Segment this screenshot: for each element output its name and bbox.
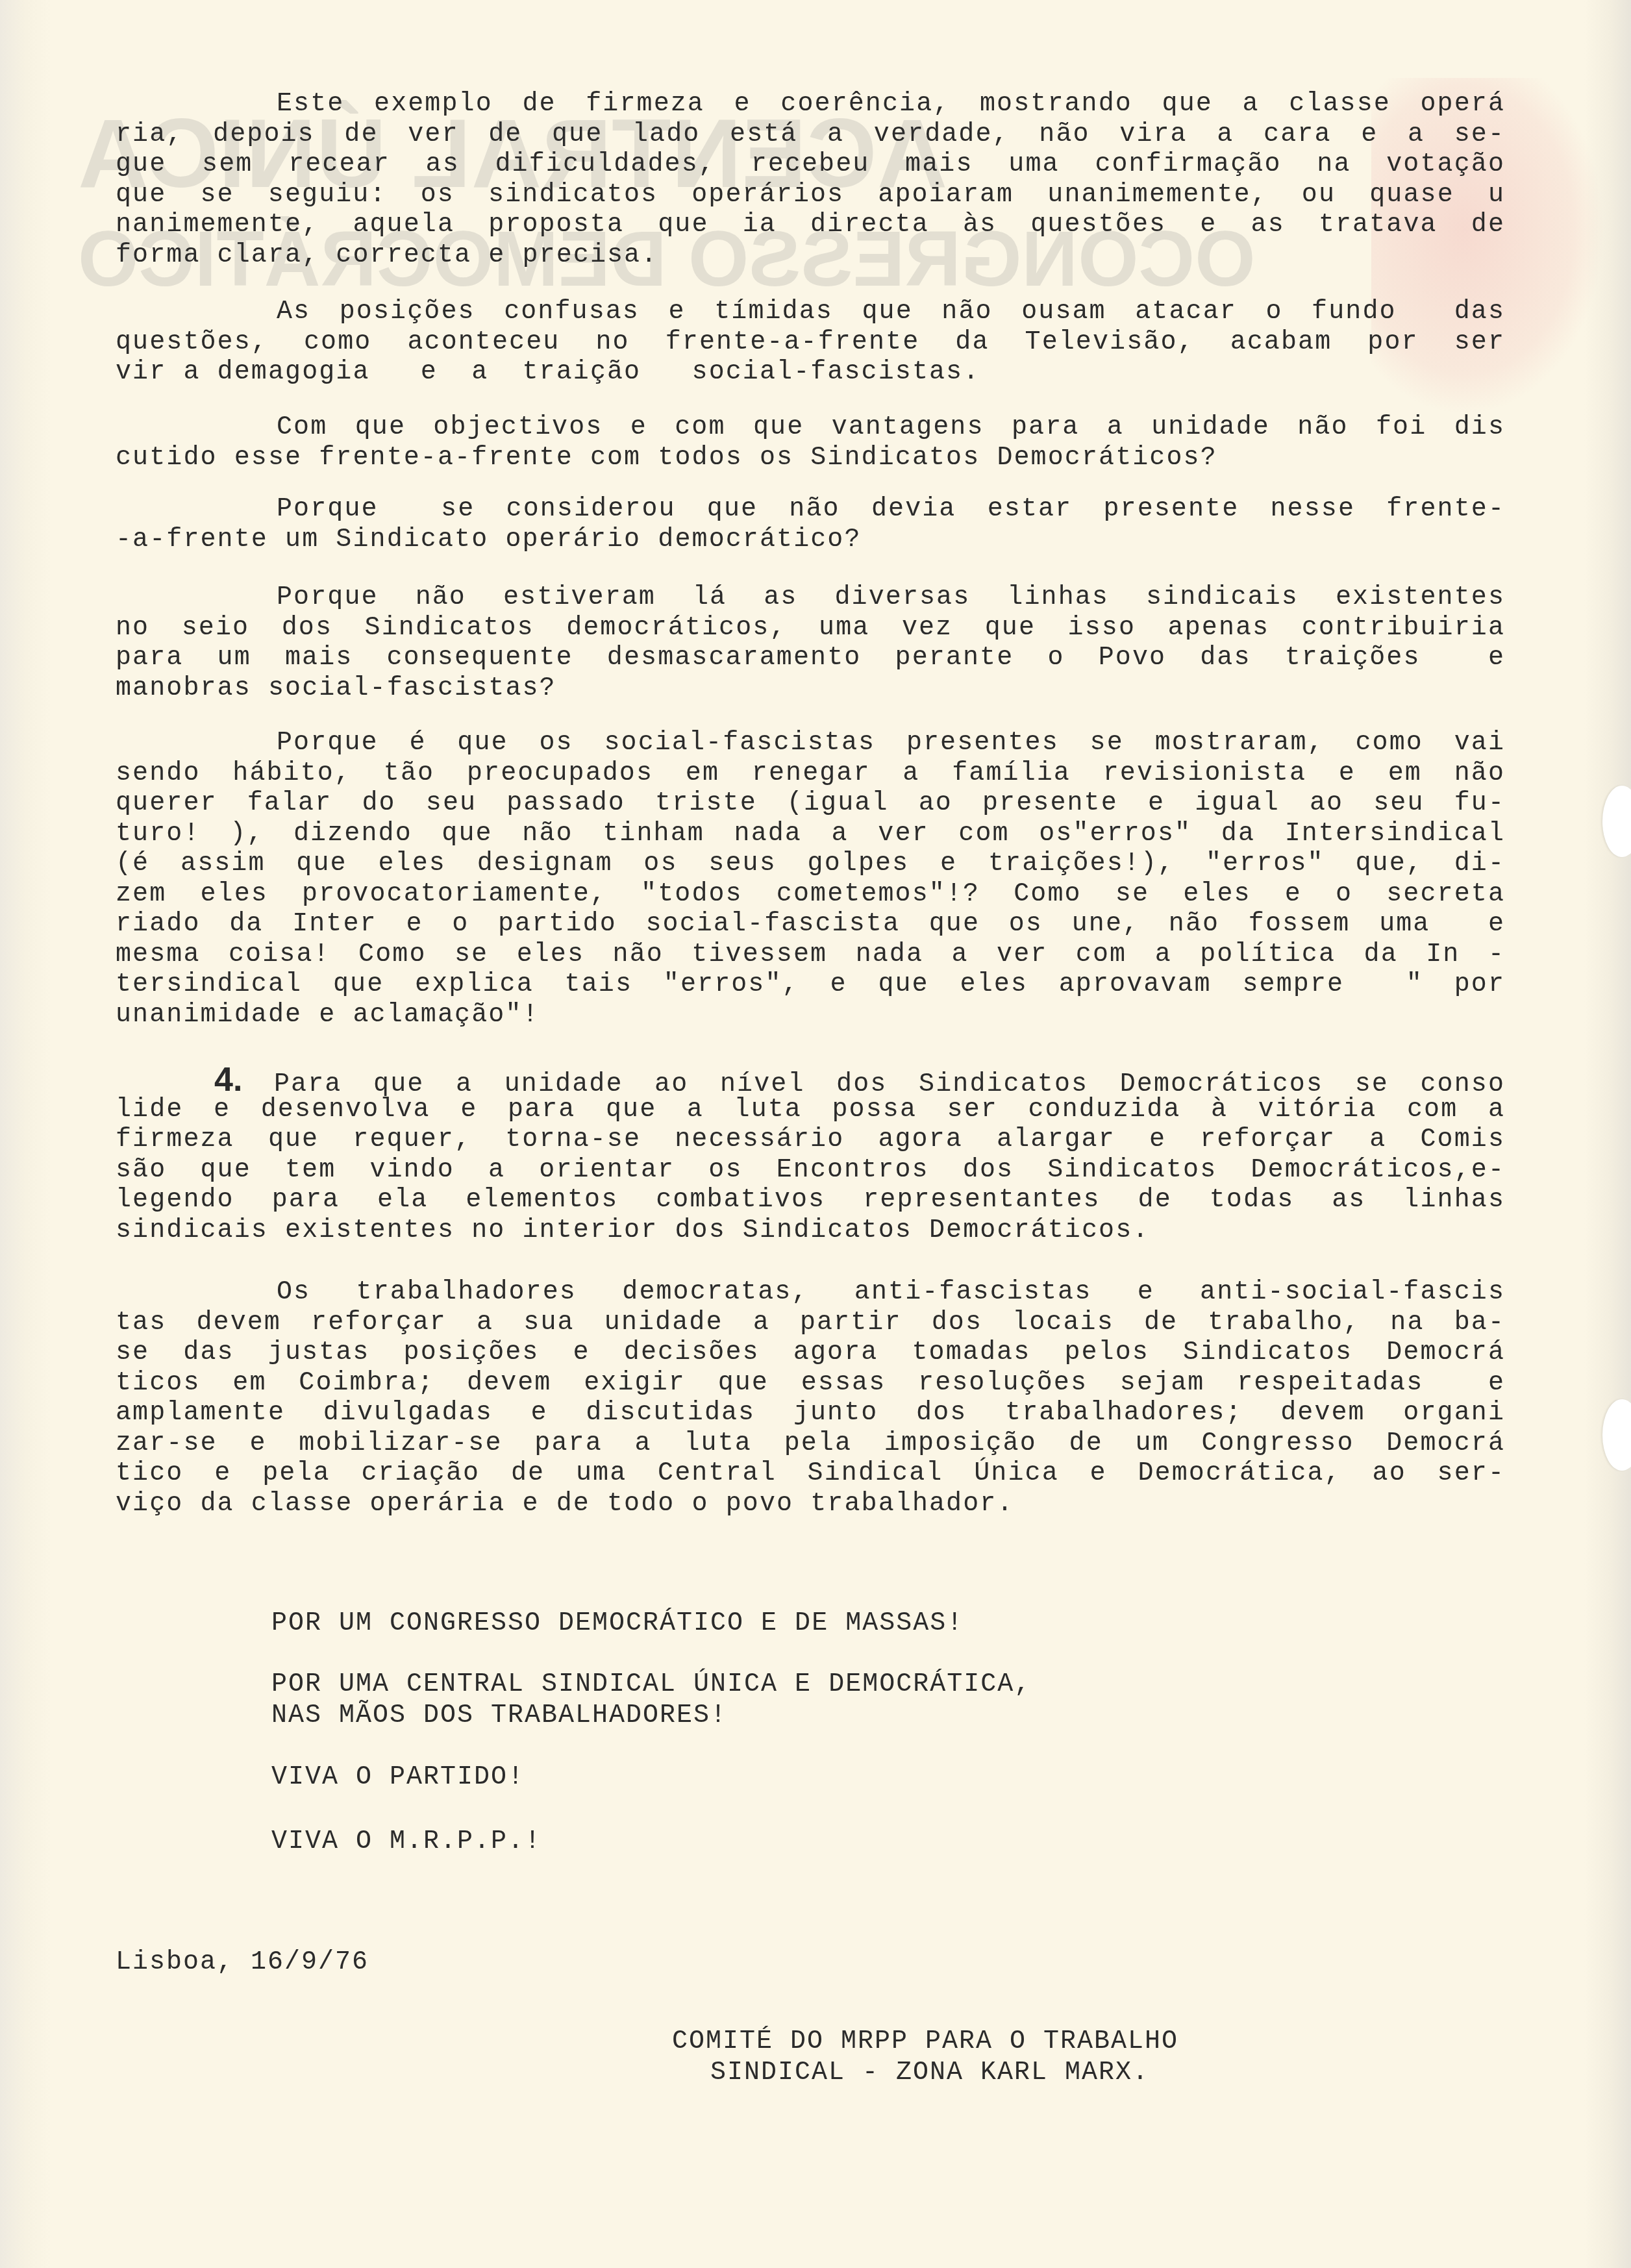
text-line: As posições confusas e tímidas que não o… <box>116 297 1505 328</box>
binder-hole <box>1602 786 1631 857</box>
text-line: questões, como aconteceu no frente-a-fre… <box>116 328 1505 358</box>
paragraph-8: Os trabalhadores democratas, anti-fascis… <box>116 1278 1505 1519</box>
scanned-page: ACENTRAL ÚNICA OCONGRESSO DEMOCRÁTICO Es… <box>0 0 1631 2268</box>
paragraph-1: Este exemplo de firmeza e coerência, mos… <box>116 90 1505 271</box>
text-line: forma clara, correcta e precisa. <box>116 241 1505 271</box>
text-line: lide e desenvolva e para que a luta poss… <box>116 1095 1505 1126</box>
text-line: que se seguiu: os sindicatos operários a… <box>116 181 1505 211</box>
slogan-viva-partido: VIVA O PARTIDO! <box>271 1763 525 1792</box>
text-line: (é assim que eles designam os seus golpe… <box>116 849 1505 880</box>
text-line: Porque se considerou que não devia estar… <box>116 495 1505 525</box>
signature-line-2: SINDICAL - ZONA KARL MARX. <box>710 2058 1149 2087</box>
text-line: se das justas posições e decisões agora … <box>116 1338 1505 1369</box>
slogan-central-sindical: POR UMA CENTRAL SINDICAL ÚNICA E DEMOCRÁ… <box>271 1670 1031 1699</box>
slogan-workers-hands: NAS MÃOS DOS TRABALHADORES! <box>271 1701 727 1730</box>
text-line: zar-se e mobilizar-se para a luta pela i… <box>116 1429 1505 1460</box>
text-line: mesma coisa! Como se eles não tivessem n… <box>116 940 1505 971</box>
text-line: Porque não estiveram lá as diversas linh… <box>116 583 1505 614</box>
text-line: ria, depois de ver de que lado está a ve… <box>116 120 1505 151</box>
text-line: ticos em Coimbra; devem exigir que essas… <box>116 1369 1505 1399</box>
text-line: firmeza que requer, torna-se necessário … <box>116 1125 1505 1156</box>
text-line: cutido esse frente-a-frente com todos os… <box>116 443 1505 474</box>
date-line: Lisboa, 16/9/76 <box>116 1948 369 1977</box>
binder-hole <box>1602 1399 1631 1471</box>
text-line: Os trabalhadores democratas, anti-fascis… <box>116 1278 1505 1308</box>
text-line: zem eles provocatoriamente, "todos comet… <box>116 880 1505 910</box>
text-line: tico e pela criação de uma Central Sindi… <box>116 1459 1505 1489</box>
paragraph-3: Com que objectivos e com que vantagens p… <box>116 413 1505 473</box>
text-line: riado da Inter e o partido social-fascis… <box>116 910 1505 940</box>
text-line: tersindical que explica tais "erros", e … <box>116 970 1505 1001</box>
text-line: vir a demagogia e a traição social-fasci… <box>116 358 1505 388</box>
slogan-viva-mrpp: VIVA O M.R.P.P.! <box>271 1827 542 1856</box>
paragraph-2: As posições confusas e tímidas que não o… <box>116 297 1505 388</box>
paragraph-section-4: 4. Para que a unidade ao nível dos Sindi… <box>116 1065 1505 1246</box>
text-line: turo! ), dizendo que não tinham nada a v… <box>116 819 1505 850</box>
text-line: querer falar do seu passado triste (igua… <box>116 789 1505 819</box>
signature-line-1: COMITÉ DO MRPP PARA O TRABALHO <box>672 2027 1178 2056</box>
text-line: amplamente divulgadas e discutidas junto… <box>116 1399 1505 1429</box>
slogan-congress: POR UM CONGRESSO DEMOCRÁTICO E DE MASSAS… <box>271 1609 964 1638</box>
paragraph-4: Porque se considerou que não devia estar… <box>116 495 1505 555</box>
paragraph-5: Porque não estiveram lá as diversas linh… <box>116 583 1505 704</box>
text-line: unanimidade e aclamação"! <box>116 1001 1505 1031</box>
text-line: 4. Para que a unidade ao nível dos Sindi… <box>116 1065 1505 1095</box>
text-line: são que tem vindo a orientar os Encontro… <box>116 1156 1505 1186</box>
section-number: 4. <box>214 1061 242 1099</box>
text-line: legendo para ela elementos combativos re… <box>116 1186 1505 1216</box>
text-line: no seio dos Sindicatos democráticos, uma… <box>116 614 1505 644</box>
text-line: -a-frente um Sindicato operário democrát… <box>116 525 1505 556</box>
text-line: manobras social-fascistas? <box>116 674 1505 704</box>
text-line: nanimemente, aquela proposta que ia dire… <box>116 210 1505 241</box>
text-line: gue sem recear as dificuldades, recebeu … <box>116 150 1505 181</box>
text-line: Com que objectivos e com que vantagens p… <box>116 413 1505 443</box>
text-line: sendo hábito, tão preocupados em renegar… <box>116 759 1505 790</box>
paragraph-6: Porque é que os social-fascistas present… <box>116 729 1505 1030</box>
text-line: Este exemplo de firmeza e coerência, mos… <box>116 90 1505 120</box>
text-line: Porque é que os social-fascistas present… <box>116 729 1505 759</box>
text-line: sindicais existentes no interior dos Sin… <box>116 1216 1505 1247</box>
text-line: tas devem reforçar a sua unidade a parti… <box>116 1308 1505 1339</box>
text-line: para um mais consequente desmascaramento… <box>116 643 1505 674</box>
text-line: viço da classe operária e de todo o povo… <box>116 1489 1505 1520</box>
